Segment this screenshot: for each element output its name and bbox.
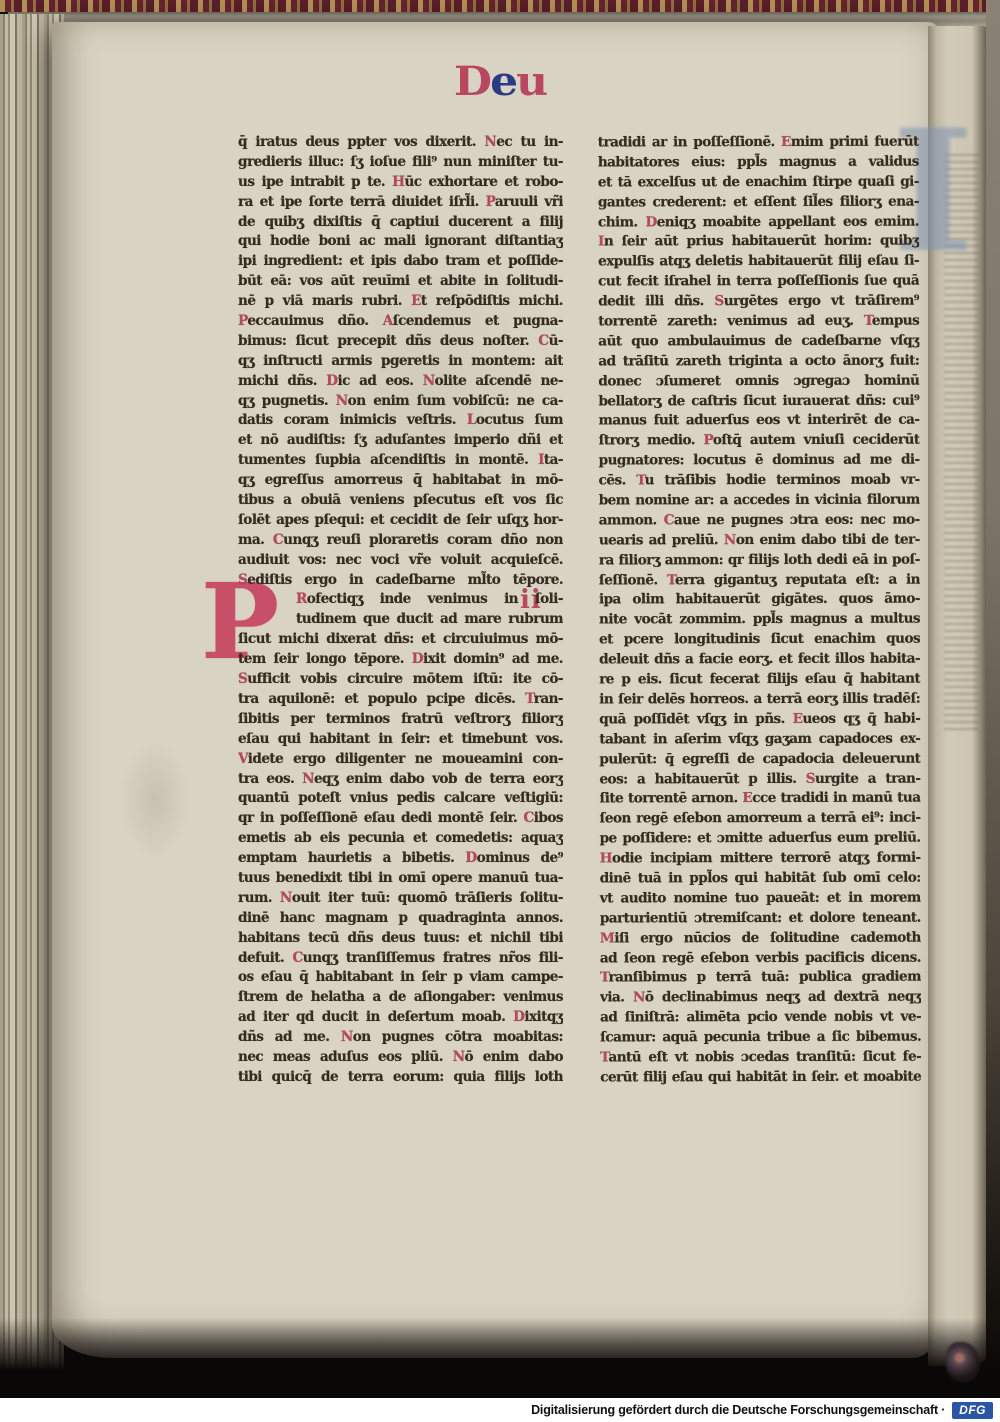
text-line: bem nomine ar: a accedes in vicinia filo…: [599, 491, 920, 512]
running-title-deu: Deu: [0, 60, 1000, 104]
text-line: michi dñs. Dic ad eos. Nolite aſcendē ne…: [238, 372, 563, 392]
text-line: bellatorʒ de caſtris ſicut iurauerat dñs…: [598, 391, 919, 412]
text-line: et nō audiſtis: ſʒ aduſantes imperio dñi…: [238, 431, 563, 451]
text-line: tabant in aſerim vſqʒ gaʒam capadoces ex…: [599, 729, 920, 750]
text-line: dinē hanc magnam p quadraginta annos.: [238, 909, 563, 929]
text-line: vt audito nomine tuo paueāt: et in morem: [600, 888, 921, 909]
credit-text: Digitalisierung gefördert durch die Deut…: [531, 1403, 945, 1417]
text-line: manus fuit aduerſus eos vt interirēt de …: [598, 411, 919, 432]
text-line: cerūt filij eſau qui habitāt in ſeir. et…: [600, 1067, 921, 1088]
text-line: Tantū eſt vt nobis ɔcedas tranſitū: ſicu…: [600, 1048, 921, 1069]
text-line: ſibitis per terminos fratrū veſtrorʒ fil…: [238, 710, 563, 730]
text-line: os eſau q̄ habitabant in ſeir p viam cam…: [238, 968, 563, 988]
text-line: nē p viā maris rubri. Et reſpōdiſtis mic…: [238, 292, 563, 312]
text-line: qr in poſſeſſionē eſau dedi montē ſeir. …: [238, 809, 563, 829]
text-line: nite vocāt zommim. ppl̃s magnus a multus: [599, 610, 920, 631]
fore-edge-corner: [946, 1342, 980, 1382]
text-line: parturientiū ɔtremiſcant: et dolore tene…: [600, 908, 921, 929]
text-line: audiuit vos: nec voci vr̃e voluit acquie…: [238, 551, 563, 571]
text-line: gredieris illuc: ſʒ ioſue fili⁹ nun mini…: [238, 153, 563, 173]
text-column-left: q̄ iratus deus ppter vos dixerit. Nec tu…: [238, 133, 563, 1088]
text-line: ſeon regē eſebon amorreum a terrā ei⁹: i…: [600, 809, 921, 830]
text-line: quā poſſidēt vſqʒ in pñs. Eueos qʒ q̄ ha…: [599, 709, 920, 730]
running-title-letter: u: [516, 62, 546, 102]
text-line: uearis ad preliū. Non enim dabo tibi de …: [599, 530, 920, 551]
text-line: tibus a obuiā veniens pſecutus eſt vos ſ…: [238, 491, 563, 511]
text-column-right: tradidi ar in poſſeſſionē. Emim primi fu…: [598, 133, 921, 1089]
book-bottom-shadow: [0, 1318, 1000, 1398]
text-line: Tranſibimus p terrā tuā: publica gradiem: [600, 968, 921, 989]
text-line: dinē tuā in ppl̃os qui habitāt ſub omī c…: [600, 869, 921, 890]
text-line: ſolēt apes pſequi: et cecidit de ſeir uſ…: [238, 511, 563, 531]
text-line: pugnatores: locutus ē dominus ad me di-: [599, 451, 920, 472]
text-line: ſeſſionē. Terra gigantuʒ reputata eſt: a…: [599, 570, 920, 591]
text-line: qui hodie boni ac mali ignorant diſtanti…: [238, 232, 563, 252]
text-line: qʒ egreſſus amorreus q̄ habitabat in mō-: [238, 471, 563, 491]
text-line: ipa olim habitauerūt gigātes. quos āmo-: [599, 590, 920, 611]
text-line: donec ɔſumeret omnis ɔgregaɔ hominū: [598, 371, 919, 392]
text-line: Peccauimus dño. Aſcendemus et pugna-: [238, 312, 563, 332]
text-line: deleuit dñs a facie eorʒ. et fecit illos…: [599, 650, 920, 671]
text-line: de quibʒ dixiſtis q̄ captiui ducerent a …: [238, 213, 563, 233]
text-line: ammon. Caue ne pugnes ɔtra eos: nec mo-: [599, 511, 920, 532]
text-line: eſau qui habitant in ſeir: et timebunt v…: [238, 730, 563, 750]
text-line: In ſeir aūt prius habitauerūt horim: qui…: [598, 232, 919, 253]
text-line: tudinem que ducit ad mare rubrum: [238, 610, 563, 630]
text-line: expulſis atqʒ deletis habitauerūt filij …: [598, 252, 919, 273]
text-line: tradidi ar in poſſeſſionē. Emim primi fu…: [598, 133, 919, 154]
text-line: tra eos. Neqʒ enim dabo vob de terra eor…: [238, 770, 563, 790]
text-line: via. Nō declinabimus neqʒ ad dextrā neqʒ: [600, 988, 921, 1009]
text-line: re p eis. ſicut fecerat filijs eſau q̄ h…: [599, 670, 920, 691]
text-line: eos: a habitauerūt p illis. Surgite a tr…: [599, 769, 920, 790]
text-line: emptam haurietis a bibetis. Dominus de⁹: [238, 849, 563, 869]
manuscript-scan: Deu I P ii q̄ iratus deus ppter vos dixe…: [0, 0, 1000, 1422]
text-line: ſcamur: aquā pecunia tribue a ſic bibemu…: [600, 1028, 921, 1049]
text-line: et tā excelſus ut de enachim ſtirpe quaſ…: [598, 172, 919, 193]
text-line: ad iter qd ducit in deſertum moab. Dixit…: [238, 1008, 563, 1028]
text-line: et pcere longitudinis ſicut enachim quos: [599, 630, 920, 651]
text-line: dedit illi dñs. Surgētes ergo vt trāſire…: [598, 292, 919, 313]
text-line: būt eā: vos aūt reuīmi et abite in ſolit…: [238, 272, 563, 292]
text-line: us ipe intrabit p te. Hūc exhortare et r…: [238, 173, 563, 193]
text-line: Videte ergo diligenter ne moueamini con-: [238, 750, 563, 770]
text-line: tra aquilonē: et populo pcipe dicēs. Tra…: [238, 690, 563, 710]
text-line: tibi quicq̄ de terra eorum: quia filijs …: [238, 1068, 563, 1088]
text-line: ſtrem de helatha a de aſiongaber: venimu…: [238, 988, 563, 1008]
text-line: tem ſeir longo tēpore. Dixit domin⁹ ad m…: [238, 650, 563, 670]
text-line: ma. Cunqʒ reuſi ploraretis coram dño non: [238, 531, 563, 551]
text-line: emetis ab eis pecunia et comedetis: aqua…: [238, 829, 563, 849]
text-line: Sufficit vobis circuire mōtem iſtū: ite …: [238, 670, 563, 690]
text-line: ſtrorʒ medio. Poſtq̄ autem vniuſi cecide…: [599, 431, 920, 452]
text-line: chim. Deniqʒ moabite appellant eos emim.: [598, 212, 919, 233]
text-line: gantes crederent: et eſſent ſil̃es filio…: [598, 192, 919, 213]
text-line: ra et ipe ſorte terrā diuidet iſrl̃i. Pa…: [238, 193, 563, 213]
text-line: bimus: ſicut precepit dñs deus noſter. C…: [238, 332, 563, 352]
text-line: habitatores eius: ppl̃s magnus a validus: [598, 152, 919, 173]
text-line: rum. Nouit iter tuū: quomō trāſieris ſol…: [238, 889, 563, 909]
text-line: ſicut michi dixerat dñs: et circuiuimus …: [238, 630, 563, 650]
text-line: defuit. Cunqʒ tranſiſſemus fratres nr̃os…: [238, 949, 563, 969]
text-line: Sediſtis ergo in cadeſbarne ml̃to tēpore…: [238, 571, 563, 591]
parchment-smudge: [120, 740, 190, 860]
text-line: ipi ingredient: et ipis dabo tram et poſ…: [238, 252, 563, 272]
text-line: nec meas aduſus eos pliū. Nō enim dabo: [238, 1048, 563, 1068]
running-title-letter: e: [490, 62, 516, 102]
text-line: torrentē zareth: venimus ad euʒ. Tempus: [598, 312, 919, 333]
text-line: pulerūt: q̄ egreſſi de capadocia deleuer…: [599, 749, 920, 770]
text-line: tumentes ſupbia aſcendiſtis in montē. It…: [238, 451, 563, 471]
text-line: datis coram inimicis veſtris. Locutus ſu…: [238, 411, 563, 431]
text-line: ad ſiniſtrā: alimēta pcio vende nobis vt…: [600, 1008, 921, 1029]
text-line: tuus benedixit tibi in omī opere manuū t…: [238, 869, 563, 889]
text-line: qʒ pugnetis. Non enim ſum vobiſcū: ne ca…: [238, 392, 563, 412]
text-line: cut fecit iſrahel in terra poſſeſſionis …: [598, 272, 919, 293]
text-line: Rofectiqʒ inde venimus in ſoli-: [238, 590, 563, 610]
text-line: q̄ iratus deus ppter vos dixerit. Nec tu…: [238, 133, 563, 153]
text-line: habitans tecū dñs deus tuus: et nichil t…: [238, 929, 563, 949]
text-line: ad trāſitū zareth triginta a octo ānorʒ …: [598, 351, 919, 372]
text-line: Hodie incipiam mittere terrorē atqʒ form…: [600, 849, 921, 870]
text-line: ad ſeon regē eſebon verbis pacificis dic…: [600, 948, 921, 969]
text-line: in ſeir delēs horreos. a terrā eorʒ illi…: [599, 690, 920, 711]
dfg-logo: DFG: [952, 1402, 993, 1419]
text-line: quantū poteſt vnius pedis calcare veſtig…: [238, 789, 563, 809]
background-right: [986, 0, 1000, 1422]
text-line: Miſi ergo nūcios de ſolitudine cademoth: [600, 928, 921, 949]
text-line: aūt quo ambulauimus de cadeſbarne vſqʒ: [598, 331, 919, 352]
digitization-credit-bar: Digitalisierung gefördert durch die Deut…: [0, 1398, 1000, 1422]
running-title-letter: D: [454, 62, 490, 102]
text-line: qʒ inſtructi armis pgeretis in montem: a…: [238, 352, 563, 372]
text-line: dñs ad me. Non pugnes cōtra moabitas:: [238, 1028, 563, 1048]
book-cover-top-edge: [0, 0, 1000, 12]
text-line: cēs. Tu trāſibis hodie terminos moab vr-: [599, 471, 920, 492]
text-line: ra filiorʒ ammon: qr filijs loth dedi eā…: [599, 550, 920, 571]
text-line: pe poſſidere: et ɔmitte aduerſus eum pre…: [600, 829, 921, 850]
text-line: ſite torrentē arnon. Ecce tradidi in man…: [599, 789, 920, 810]
